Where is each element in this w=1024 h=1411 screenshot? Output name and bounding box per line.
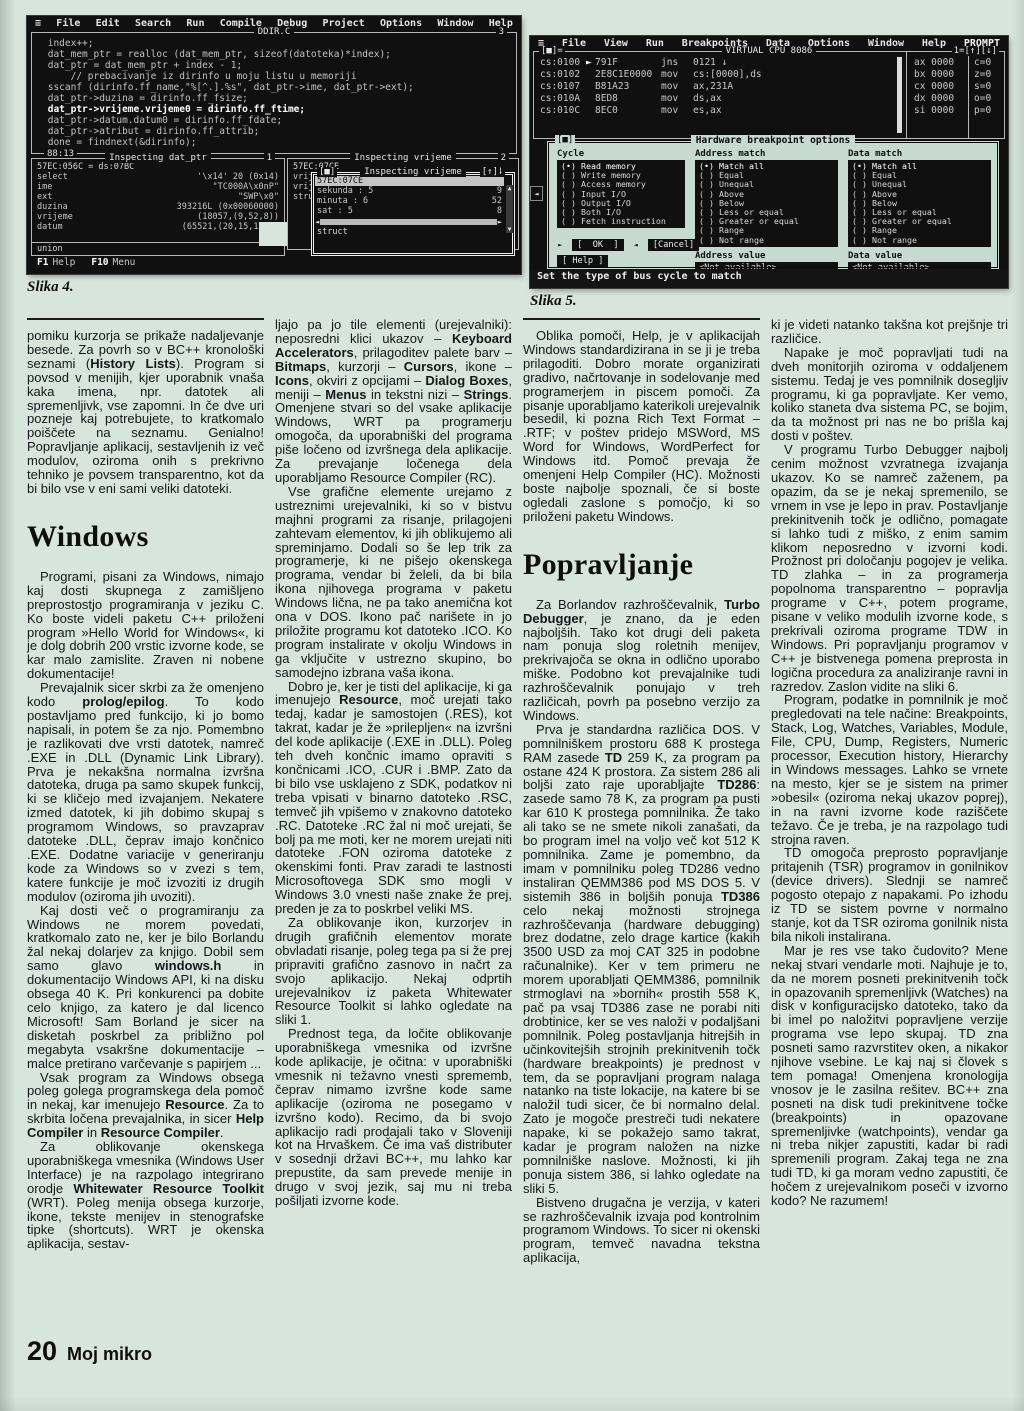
key-label: Help (52, 257, 75, 268)
asm-address: cs:0102 (540, 69, 586, 81)
section-heading: Popravljanje (523, 548, 760, 582)
asm-address: cs:010A (540, 93, 586, 105)
options-panel: (•) Read memory( ) Write memory( ) Acces… (557, 160, 685, 228)
asm-line: cs:010C 8EC0moves,ax (540, 105, 893, 117)
bold-text-run: Bitmaps (275, 359, 326, 374)
default-button-arrow: ► (557, 240, 563, 250)
register-row: bx 0000 (914, 69, 968, 81)
field-name: ext (37, 192, 52, 202)
asm-operands: ax,231A (693, 81, 893, 93)
text-run: , okviri z opcijami – (309, 373, 425, 388)
asm-line: cs:010A 8ED8movds,ax (540, 93, 893, 105)
text-run: Bistveno drugačna je verzija, v kateri s… (523, 1195, 760, 1266)
current-instruction-icon (586, 93, 595, 105)
text-run: Oblika pomoči, Help, je v aplikacijah Wi… (523, 328, 760, 524)
flag-row: c=0 (974, 57, 1004, 69)
text-run: in dokumentacijo Windows API, ki na disk… (27, 958, 264, 1070)
inspector-row: sekunda : 59 (312, 186, 514, 196)
window-number: 2 (498, 153, 509, 163)
window-number: 3 (496, 27, 507, 37)
scroll-right-icon[interactable]: ► (498, 218, 502, 226)
dialog-body: Cycle(•) Read memory( ) Write memory( ) … (547, 141, 999, 274)
bold-text-run: TD386 (721, 889, 760, 904)
magazine-name: Moj mikro (67, 1344, 152, 1365)
radio-option[interactable]: ( ) Not range (852, 236, 987, 245)
paragraph: V programu Turbo Debugger najbolj cenim … (771, 443, 1008, 693)
current-instruction-icon (586, 105, 595, 117)
magazine-page: { "figures": { "fig4": { "caption": "Sli… (0, 0, 1024, 1411)
paragraph: Bistveno drugačna je verzija, v kateri s… (523, 1196, 760, 1266)
asm-bytes: 8ED8 (595, 93, 661, 105)
bold-text-run: Dialog Boxes (425, 373, 508, 388)
figure-caption: Slika 5. (530, 293, 1008, 310)
asm-bytes: 2E8C1E0000 (595, 69, 661, 81)
inspector-row: ime"TC000A\x0nP" (32, 182, 284, 192)
field-value: 9 (497, 186, 502, 196)
asm-bytes: B81A23 (595, 81, 661, 93)
current-instruction-icon: ► (586, 57, 595, 69)
asm-bytes: 791F (595, 57, 661, 69)
text-run: ki je videti natanko takšna kot prejšnje… (771, 318, 1008, 346)
option-group: Data match(•) Match all( ) Equal( ) Uneq… (848, 149, 991, 274)
paragraph: Program, podatke in pomnilnik je moč pre… (771, 693, 1008, 846)
code-line: sscanf (dirinfo.ff_name,"%[^.].%s", dat_… (42, 82, 512, 93)
page-footer: 20 Moj mikro (27, 1336, 152, 1367)
asm-mnemonic: mov (661, 105, 693, 117)
inspector-row: duzina393216L (0x00060000) (32, 202, 284, 212)
paragraph: Programi, pisani za Windows, nimajo kaj … (27, 570, 264, 681)
editor-window-title: DDIR.C (32, 27, 516, 38)
turbo-debugger-screen: ≡FileViewRunBreakpointsDataOptionsWindow… (530, 36, 1008, 288)
inspector-window-vrijeme-active[interactable]: [■] Inspecting vrijeme 4 [↑] 57EC:07CE s… (311, 172, 515, 256)
asm-operands: cs:[0000],ds (693, 69, 893, 81)
bold-text-run: Strings (464, 387, 509, 402)
key-label: Menu (113, 257, 136, 268)
field-name: select (37, 172, 68, 182)
cpu-window[interactable]: [■]= VIRTUAL CPU 8086 1=[↑][↓] cs:0100►7… (533, 51, 1005, 139)
cpu-window-title: VIRTUAL CPU 8086 (534, 46, 1004, 57)
figure-slika-5: ≡FileViewRunBreakpointsDataOptionsWindow… (530, 36, 1008, 310)
text-run: celo nekaj možnosti strojnega razhroščev… (523, 903, 760, 1196)
flag-row: o=0 (974, 93, 1004, 105)
inspector-row: minuta : 652 (312, 196, 514, 206)
bold-text-run: windows.h (155, 958, 221, 973)
page-number: 20 (27, 1336, 57, 1367)
options-panel: (•) Match all( ) Equal( ) Unequal( ) Abo… (695, 160, 838, 247)
paragraph: Za Borlandov razhroščevalnik, Turbo Debu… (523, 598, 760, 723)
code-editor-area[interactable]: index++; dat_mem_ptr = realloc (dat_mem_… (32, 33, 516, 148)
asm-line: cs:0102 2E8C1E0000movcs:[0000],ds (540, 69, 893, 81)
asm-mnemonic: mov (661, 93, 693, 105)
inspector-rows: select'\x14' 20 (0x14)ime"TC000A\x0nP"ex… (32, 172, 284, 232)
flag-row: z=0 (974, 69, 1004, 81)
field-value: (18057,(9,52,8)) (197, 212, 279, 222)
inspector-row: sat : 58 (312, 206, 514, 216)
code-line: dat_ptr->duzina = dirinfo.ff_fsize; (42, 93, 512, 104)
field-value: "SWP\x0" (238, 192, 279, 202)
scrollbar-thermometer[interactable] (897, 57, 902, 133)
borland-ide-screen: ≡FileEditSearchRunCompileDebugProjectOpt… (27, 16, 521, 274)
bold-text-run: Resource (339, 692, 398, 707)
bold-text-run: TD286 (717, 777, 756, 792)
text-run: Prednost tega, da ločite oblikovanje upo… (275, 1026, 512, 1208)
asm-address: cs:0107 (540, 81, 586, 93)
paragraph: ki je videti natanko takšna kot prejšnje… (771, 318, 1008, 346)
text-run: , prilagoditev palete barv – (354, 345, 512, 360)
register-row: ax 0000 (914, 57, 968, 69)
bold-text-run: TD (605, 750, 622, 765)
debugger-status-line: Set the type of bus cycle to match (530, 269, 1008, 288)
flag-row: p=0 (974, 105, 1004, 117)
paragraph: Za oblikovanje ikon, kurzorjev in drugih… (275, 916, 512, 1027)
asm-operands: es,ax (693, 105, 893, 117)
article-column: Oblika pomoči, Help, je v aplikacijah Wi… (523, 318, 760, 1334)
paragraph: Prednost tega, da ločite oblikovanje upo… (275, 1027, 512, 1208)
text-run: . Omenjene stvari so del vsake aplikacij… (275, 387, 512, 485)
flag-row: s=0 (974, 81, 1004, 93)
bold-text-run: prolog/epilog (82, 694, 164, 709)
asm-mnemonic: mov (661, 69, 693, 81)
text-run: , moč urejati tako tedaj, kadar je samos… (275, 692, 512, 916)
paragraph: Prva je standardna različica DOS. V pomn… (523, 723, 760, 1196)
paragraph: Napake je moč popravljati tudi na dveh m… (771, 346, 1008, 443)
text-run: , je znano, da je eden najboljših. Tako … (523, 611, 760, 723)
inspector-title: Inspecting dat_ptr (32, 153, 284, 164)
column-rule (27, 318, 264, 320)
key-name: F1 (37, 257, 48, 268)
asm-line: cs:0100►791Fjns0121 ↓ (540, 57, 893, 69)
paragraph: ljajo pa jo tile elementi (urejevalniki)… (275, 318, 512, 485)
asm-address: cs:0100 (540, 57, 586, 69)
text-run: Programi, pisani za Windows, nimajo kaj … (27, 569, 264, 681)
radio-option[interactable]: ( ) Not range (699, 236, 834, 245)
code-line: dat_ptr = dat_mem_ptr + index - 1; (42, 60, 512, 71)
text-run: . (220, 1125, 224, 1140)
asm-address: cs:010C (540, 105, 586, 117)
figure-slika-4: ≡FileEditSearchRunCompileDebugProjectOpt… (27, 16, 521, 296)
dialog-title: Hardware breakpoint options (547, 135, 999, 146)
option-group: Cycle(•) Read memory( ) Write memory( ) … (557, 149, 685, 274)
text-run: : zasede samo 78 K, za program pa pusti … (523, 777, 760, 903)
text-run: Napake je moč popravljati tudi na dveh m… (771, 345, 1008, 443)
text-run: Program, podatke in pomnilnik je moč pre… (771, 692, 1008, 846)
asm-operands: 0121 ↓ (693, 57, 893, 69)
inspector-title: Inspecting vrijeme (288, 153, 518, 164)
text-run: in tekstni nizi – (366, 387, 463, 402)
editor-window[interactable]: DDIR.C 3 index++; dat_mem_ptr = realloc … (31, 32, 517, 154)
paragraph: Mar je res vse tako čudovito? Mene nekaj… (771, 944, 1008, 1208)
bold-text-run: Menus (325, 387, 366, 402)
text-run: Za Borlandov razhroščevalnik, (536, 597, 724, 612)
column-rule (523, 318, 760, 320)
paragraph: Dobro je, ker je tisti del aplikacije, k… (275, 680, 512, 916)
vertical-scrollbar[interactable]: ▲▼ (506, 185, 513, 233)
field-value: "TC000A\x0nP" (212, 182, 279, 192)
field-name: minuta : 6 (317, 196, 368, 206)
default-button-arrow: ◄ (633, 240, 639, 250)
key-name: F10 (91, 257, 108, 268)
field-name: datum (37, 222, 63, 232)
current-instruction-icon (586, 69, 595, 81)
text-run: Vse grafične elemente urejamo z ustrezni… (275, 484, 512, 680)
inspector-footer: union (32, 242, 284, 255)
current-instruction-icon (586, 81, 595, 93)
code-line: done = findnext(&dirinfo); (42, 137, 512, 148)
paragraph: Vsak program za Windows obsega poleg gol… (27, 1071, 264, 1141)
register-row: si 0000 (914, 105, 968, 117)
value-label: Address value (695, 251, 838, 261)
bold-text-run: Icons (275, 373, 309, 388)
text-run: in (83, 1125, 100, 1140)
asm-operands: ds,ax (693, 93, 893, 105)
paragraph: Prevajalnik sicer skrbi za že omenjeno k… (27, 681, 264, 904)
paragraph: pomiku kurzorja se prikaže nadaljevanje … (27, 329, 264, 496)
code-line: // prebacivanje iz dirinfo u moju listu … (42, 71, 512, 82)
bold-text-run: Resource (165, 1097, 224, 1112)
asm-mnemonic: jns (661, 57, 693, 69)
inspector-window-dat-ptr[interactable]: Inspecting dat_ptr 1 57EC:056C = ds:07BC… (31, 158, 285, 256)
asm-mnemonic: mov (661, 81, 693, 93)
bold-text-run: History Lists (90, 356, 176, 371)
figure-caption: Slika 4. (27, 279, 521, 296)
registers-pane: ax 0000bx 0000cx 0000dx 0000si 0000 (906, 52, 968, 138)
inspector-rows: sekunda : 59minuta : 652sat : 58 (312, 186, 514, 216)
text-run: Za oblikovanje ikon, kurzorjev in drugih… (275, 915, 512, 1027)
paragraph: Vse grafične elemente urejamo z ustrezni… (275, 485, 512, 680)
paragraph: TD omogoča preprosto popravljanje pritaj… (771, 846, 1008, 943)
inspector-row: vrijeme(18057,(9,52,8)) (32, 212, 284, 222)
group-label: Data match (848, 149, 991, 159)
inspector-row: select'\x14' 20 (0x14) (32, 172, 284, 182)
field-name: sekunda : 5 (317, 186, 373, 196)
help-button[interactable]: [ Help ] (557, 255, 608, 267)
disassembly-pane[interactable]: cs:0100►791Fjns0121 ↓cs:0102 2E8C1E0000m… (534, 52, 893, 138)
field-name: vrijeme (37, 212, 73, 222)
options-panel: (•) Match all( ) Equal( ) Unequal( ) Abo… (848, 160, 991, 247)
paragraph: Kaj dosti več o programiranju za Windows… (27, 904, 264, 1071)
field-name: ime (37, 182, 52, 192)
article-column: ljajo pa jo tile elementi (urejevalniki)… (275, 318, 512, 1334)
radio-option[interactable]: ( ) Fetch instruction (561, 217, 681, 226)
field-value: '\x14' 20 (0x14) (197, 172, 279, 182)
article-column: ki je videti natanko takšna kot prejšnje… (771, 318, 1008, 1334)
group-label: Address match (695, 149, 838, 159)
text-run: ). Program si povsod v menijih, kjer upo… (27, 356, 264, 496)
field-value: 393216L (0x00060000) (177, 202, 279, 212)
field-name: sat : 5 (317, 206, 353, 216)
inspector-footer: struct (312, 226, 514, 238)
scroll-down-icon[interactable]: ▼ (508, 226, 512, 233)
dialog-buttons: ►[ OK ]◄ [Cancel] [ Help ] (557, 235, 685, 267)
text-run: V programu Turbo Debugger najbolj cenim … (771, 442, 1008, 693)
scroll-up-icon[interactable]: ▲ (508, 185, 512, 192)
function-key[interactable]: F10Menu (91, 257, 135, 272)
code-line: index++; (42, 38, 512, 49)
window-number: 1 (264, 153, 275, 163)
field-value: 8 (497, 206, 502, 216)
ide-statusbar: F1HelpF10Menu (27, 255, 521, 274)
register-row: dx 0000 (914, 93, 968, 105)
bold-text-run: Whitewater Resource Toolkit (73, 1181, 264, 1196)
asm-line: cs:0107 B81A23movax,231A (540, 81, 893, 93)
field-name: duzina (37, 202, 68, 212)
cancel-button[interactable]: [Cancel] (648, 239, 699, 251)
code-line: dat_ptr->vrijeme.vrijeme0 = dirinfo.ff_f… (42, 104, 512, 115)
zoom-icon[interactable]: [↑] (480, 167, 500, 177)
hardware-breakpoint-dialog: [■] Hardware breakpoint options Cycle(•)… (546, 140, 1000, 270)
scroll-left-icon[interactable]: ◄ (315, 218, 319, 226)
code-line: dat_mem_ptr = realloc (dat_mem_ptr, size… (42, 49, 512, 60)
text-run: (WRT). Poleg menija obsega kurzorje, iko… (27, 1195, 264, 1252)
asm-bytes: 8EC0 (595, 105, 661, 117)
text-run: Mar je res vse tako čudovito? Mene nekaj… (771, 943, 1008, 1208)
code-line: dat_ptr->atribut = dirinfo.ff_attrib; (42, 126, 512, 137)
window-controls[interactable]: 1=[↑][↓] (952, 46, 999, 56)
value-label: Data value (848, 251, 991, 261)
scrollbar-track[interactable] (320, 219, 497, 225)
section-heading: Windows (27, 520, 264, 554)
function-key[interactable]: F1Help (37, 257, 75, 272)
horizontal-scrollbar[interactable]: ◄ ► (315, 218, 502, 226)
bold-text-run: Resource Compiler (101, 1125, 220, 1140)
option-group: Address match(•) Match all( ) Equal( ) U… (695, 149, 838, 274)
text-run: . To kodo postavljamo pred funkcijo, ki … (27, 694, 264, 904)
scan-artifact (259, 222, 287, 246)
code-line: dat_ptr->datum.datum0 = dirinfo.ff_fdate… (42, 115, 512, 126)
text-run: , ikone – (454, 359, 512, 374)
field-value: 52 (492, 196, 502, 206)
scroll-left-icon[interactable]: ◄ (530, 186, 543, 201)
flags-pane: c=0z=0s=0o=0p=0 (968, 52, 1004, 138)
text-run: , kurzorji – (326, 359, 403, 374)
text-run: TD omogoča preprosto popravljanje pritaj… (771, 845, 1008, 943)
ok-button[interactable]: [ OK ] (572, 239, 623, 251)
group-label: Cycle (557, 149, 685, 159)
article-column: pomiku kurzorja se prikaže nadaljevanje … (27, 318, 264, 1334)
bold-text-run: Cursors (404, 359, 454, 374)
paragraph: Za oblikovanje okenskega uporabniškega v… (27, 1140, 264, 1251)
register-row: cx 0000 (914, 81, 968, 93)
paragraph: Oblika pomoči, Help, je v aplikacijah Wi… (523, 329, 760, 524)
inspector-row: datum(65521,(20,15,127)) (32, 222, 284, 232)
inspector-row: ext"SWP\x0" (32, 192, 284, 202)
article-columns: pomiku kurzorja se prikaže nadaljevanje … (27, 318, 1008, 1334)
